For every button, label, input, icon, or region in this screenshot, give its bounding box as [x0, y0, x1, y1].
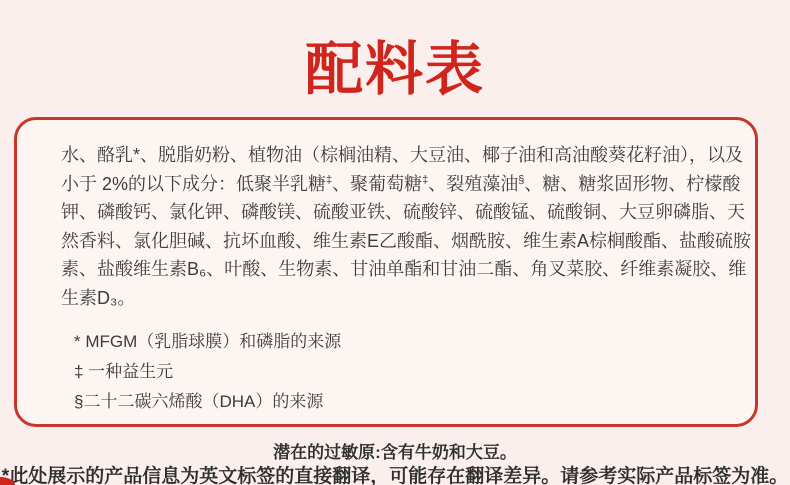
footnotes-list: * MFGM（乳脂球膜）和磷脂的来源 ‡ 一种益生元 §二十二碳六烯酸（DHA）…: [74, 327, 717, 417]
ingredients-paragraph: 水、酪乳*、脱脂奶粉、植物油（棕榈油精、大豆油、椰子油和高油酸葵花籽油），以及小…: [61, 141, 753, 312]
footnote-prebiotic: ‡ 一种益生元: [74, 357, 717, 387]
footnote-mfgm-source: * MFGM（乳脂球膜）和磷脂的来源: [74, 327, 717, 357]
ingredients-box: 水、酪乳*、脱脂奶粉、植物油（棕榈油精、大豆油、椰子油和高油酸葵花籽油），以及小…: [14, 117, 758, 427]
translation-disclaimer: *此处展示的产品信息为英文标签的直接翻译，可能存在翻译差异。请参考实际产品标签为…: [0, 461, 790, 485]
allergen-notice: 潜在的过敏原:含有牛奶和大豆。: [0, 438, 790, 463]
ingredient-label-page: { "page": { "title": "配料表", "accent_colo…: [0, 0, 790, 485]
footnote-dha-source: §二十二碳六烯酸（DHA）的来源: [74, 387, 717, 417]
page-title: 配料表: [0, 22, 790, 106]
